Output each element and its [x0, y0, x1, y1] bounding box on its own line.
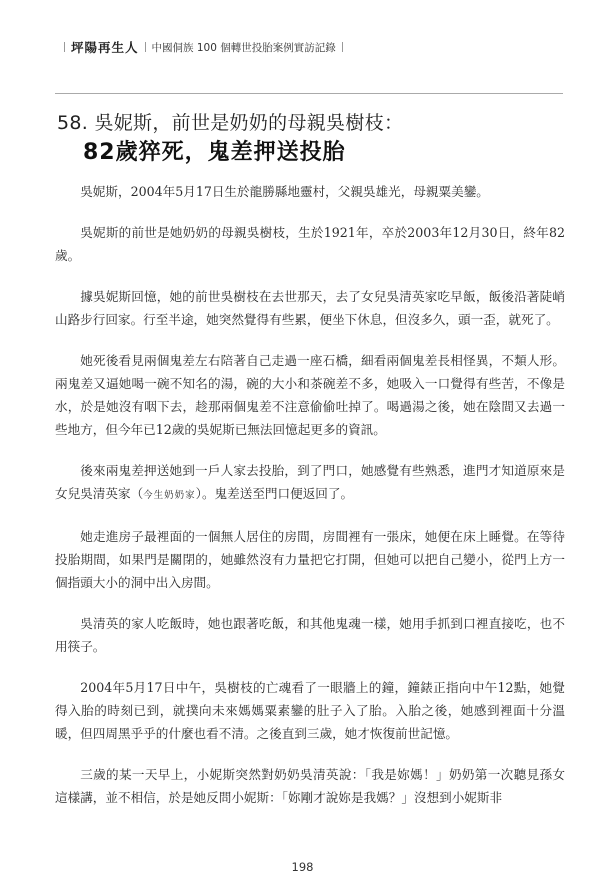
- header-divider-right: [342, 42, 343, 52]
- paragraph-9: 三歲的某一天早上，小妮斯突然對奶奶吳清英說：「我是妳媽！」奶奶第一次聽見孫女這樣…: [55, 763, 565, 809]
- paragraph-6: 她走進房子最裡面的一個無人居住的房間，房間裡有一張床，她便在床上睡覺。在等待投胎…: [55, 525, 565, 594]
- inline-note: 今生奶奶家: [143, 490, 196, 501]
- paragraph-7: 吳清英的家人吃飯時，她也跟著吃飯，和其他鬼魂一樣，她用手抓到口裡直接吃，也不用筷…: [55, 612, 565, 658]
- paragraph-4: 她死後看見兩個鬼差左右陪著自己走過一座石橋，細看兩個鬼差長相怪異，不類人形。兩鬼…: [55, 349, 565, 441]
- chapter-subtitle: 82歲猝死，鬼差押送投胎: [83, 135, 346, 166]
- running-header: 坪陽再生人 中國侗族 100 個轉世投胎案例實訪記錄: [58, 38, 349, 56]
- paragraph-3: 據吳妮斯回憶，她的前世吳樹枝在去世那天，去了女兒吳清英家吃早飯，飯後沿著陡峭山路…: [55, 285, 565, 331]
- header-rule: [55, 93, 563, 94]
- paragraph-8: 2004年5月17日中午，吳樹枝的亡魂看了一眼牆上的鐘，鐘錶正指向中午12點，她…: [55, 676, 565, 745]
- page-number: 198: [0, 860, 605, 874]
- chapter-title: 58. 吳妮斯，前世是奶奶的母親吳樹枝：: [57, 108, 403, 135]
- header-divider-left: [64, 42, 65, 52]
- paragraph-5-text-after: ）。鬼差送至門口便返回了。: [196, 486, 353, 501]
- header-divider-middle: [145, 42, 146, 52]
- paragraph-1: 吳妮斯，2004年5月17日生於龍勝縣地靈村，父親吳雄光，母親粟美鑾。: [55, 180, 565, 203]
- body-text: 吳妮斯，2004年5月17日生於龍勝縣地靈村，父親吳雄光，母親粟美鑾。 吳妮斯的…: [55, 180, 565, 827]
- book-title: 坪陽再生人: [71, 38, 139, 56]
- book-subtitle: 中國侗族 100 個轉世投胎案例實訪記錄: [152, 40, 336, 55]
- paragraph-2: 吳妮斯的前世是她奶奶的母親吳樹枝，生於1921年，卒於2003年12月30日，終…: [55, 221, 565, 267]
- paragraph-5: 後來兩鬼差押送她到一戶人家去投胎，到了門口，她感覺有些熟悉，進門才知道原來是女兒…: [55, 459, 565, 507]
